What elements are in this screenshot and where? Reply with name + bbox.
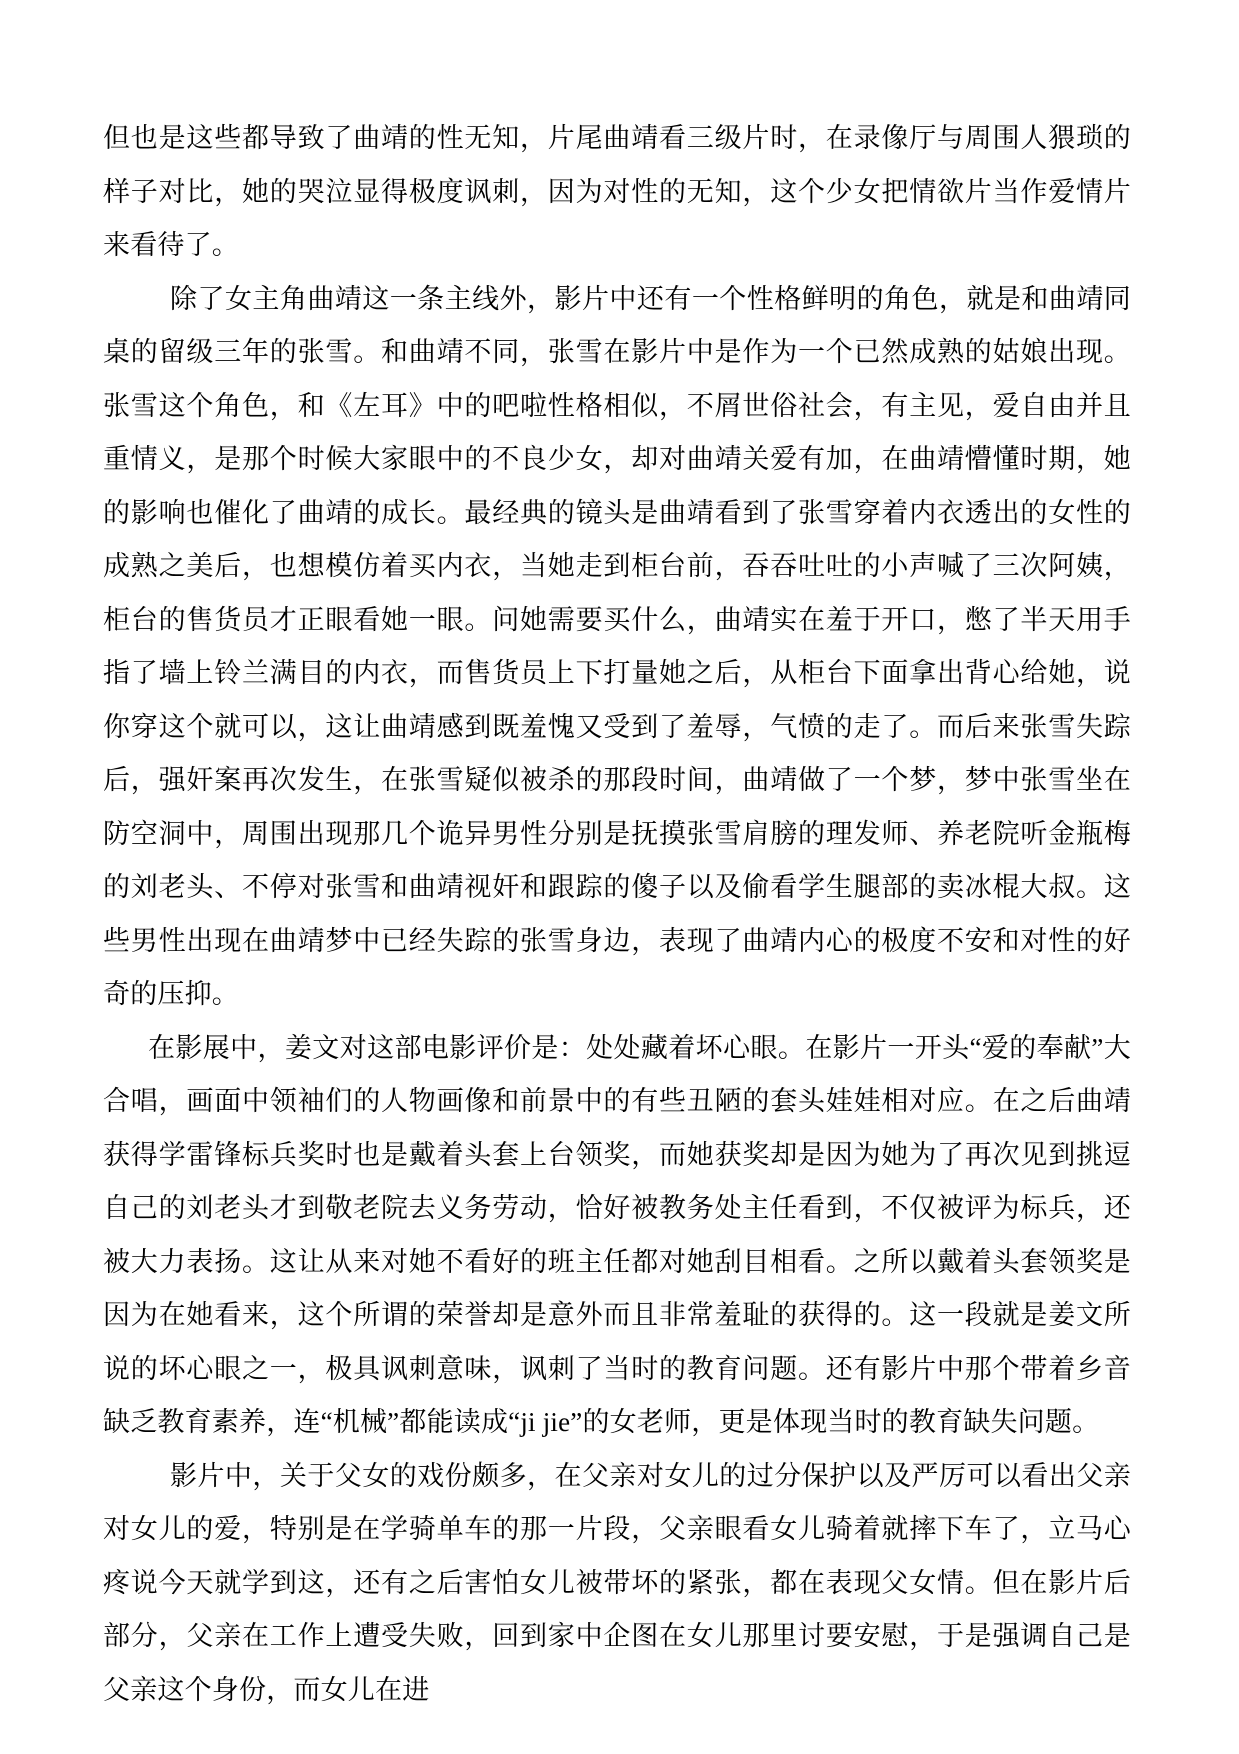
paragraph-3: 在影展中，姜文对这部电影评价是：处处藏着坏心眼。在影片一开头“爱的奉献”大合唱，… (103, 1022, 1131, 1450)
document-page: 但也是这些都导致了曲靖的性无知，片尾曲靖看三级片时，在录像厅与周围人猥琐的样子对… (0, 0, 1239, 1754)
paragraph-1: 但也是这些都导致了曲靖的性无知，片尾曲靖看三级片时，在录像厅与周围人猥琐的样子对… (103, 112, 1131, 273)
text-block: 但也是这些都导致了曲靖的性无知，片尾曲靖看三级片时，在录像厅与周围人猥琐的样子对… (103, 112, 1131, 1717)
paragraph-4: 影片中，关于父女的戏份颇多，在父亲对女儿的过分保护以及严厉可以看出父亲对女儿的爱… (103, 1450, 1131, 1718)
paragraph-2: 除了女主角曲靖这一条主线外，影片中还有一个性格鲜明的角色，就是和曲靖同桌的留级三… (103, 273, 1131, 1022)
